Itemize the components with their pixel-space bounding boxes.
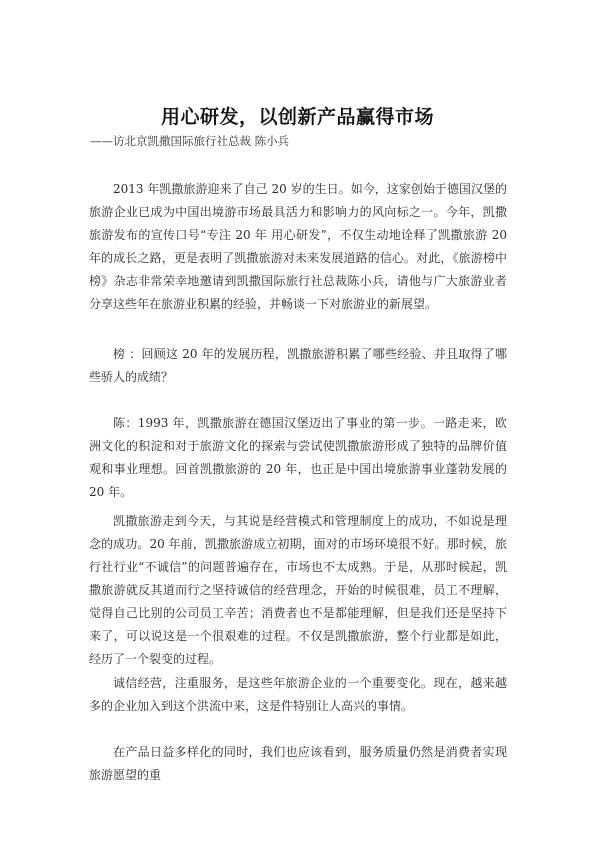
paragraph-question-1: 榜 ：回顾这 20 年的发展历程，凯撒旅游积累了哪些经验、并且取得了哪些骄人的成… bbox=[89, 343, 507, 389]
paragraph-answer-4: 在产品日益多样化的同时，我们也应该看到，服务质量仍然是消费者实现旅游愿望的重 bbox=[89, 741, 507, 787]
paragraph-answer-3: 诚信经营，注重服务，是这些年旅游企业的一个重要变化。现在，越来越多的企业加入到这… bbox=[89, 672, 507, 718]
document-page: 用心研发，以创新产品赢得市场 ——访北京凯撒国际旅行社总裁 陈小兵 2013 年… bbox=[0, 0, 595, 842]
article-title: 用心研发，以创新产品赢得市场 bbox=[0, 104, 595, 130]
article-subtitle: ——访北京凯撒国际旅行社总裁 陈小兵 bbox=[90, 133, 289, 149]
paragraph-answer-2: 凯撒旅游走到今天，与其说是经营模式和管理制度上的成功，不如说是理念的成功。20 … bbox=[89, 510, 507, 671]
paragraph-answer-1: 陈：1993 年，凯撒旅游在德国汉堡迈出了事业的第一步。一路走来，欧洲文化的积淀… bbox=[89, 412, 507, 504]
paragraph-intro: 2013 年凯撒旅游迎来了自己 20 岁的生日。如今，这家创始于德国汉堡的旅游企… bbox=[89, 178, 507, 316]
